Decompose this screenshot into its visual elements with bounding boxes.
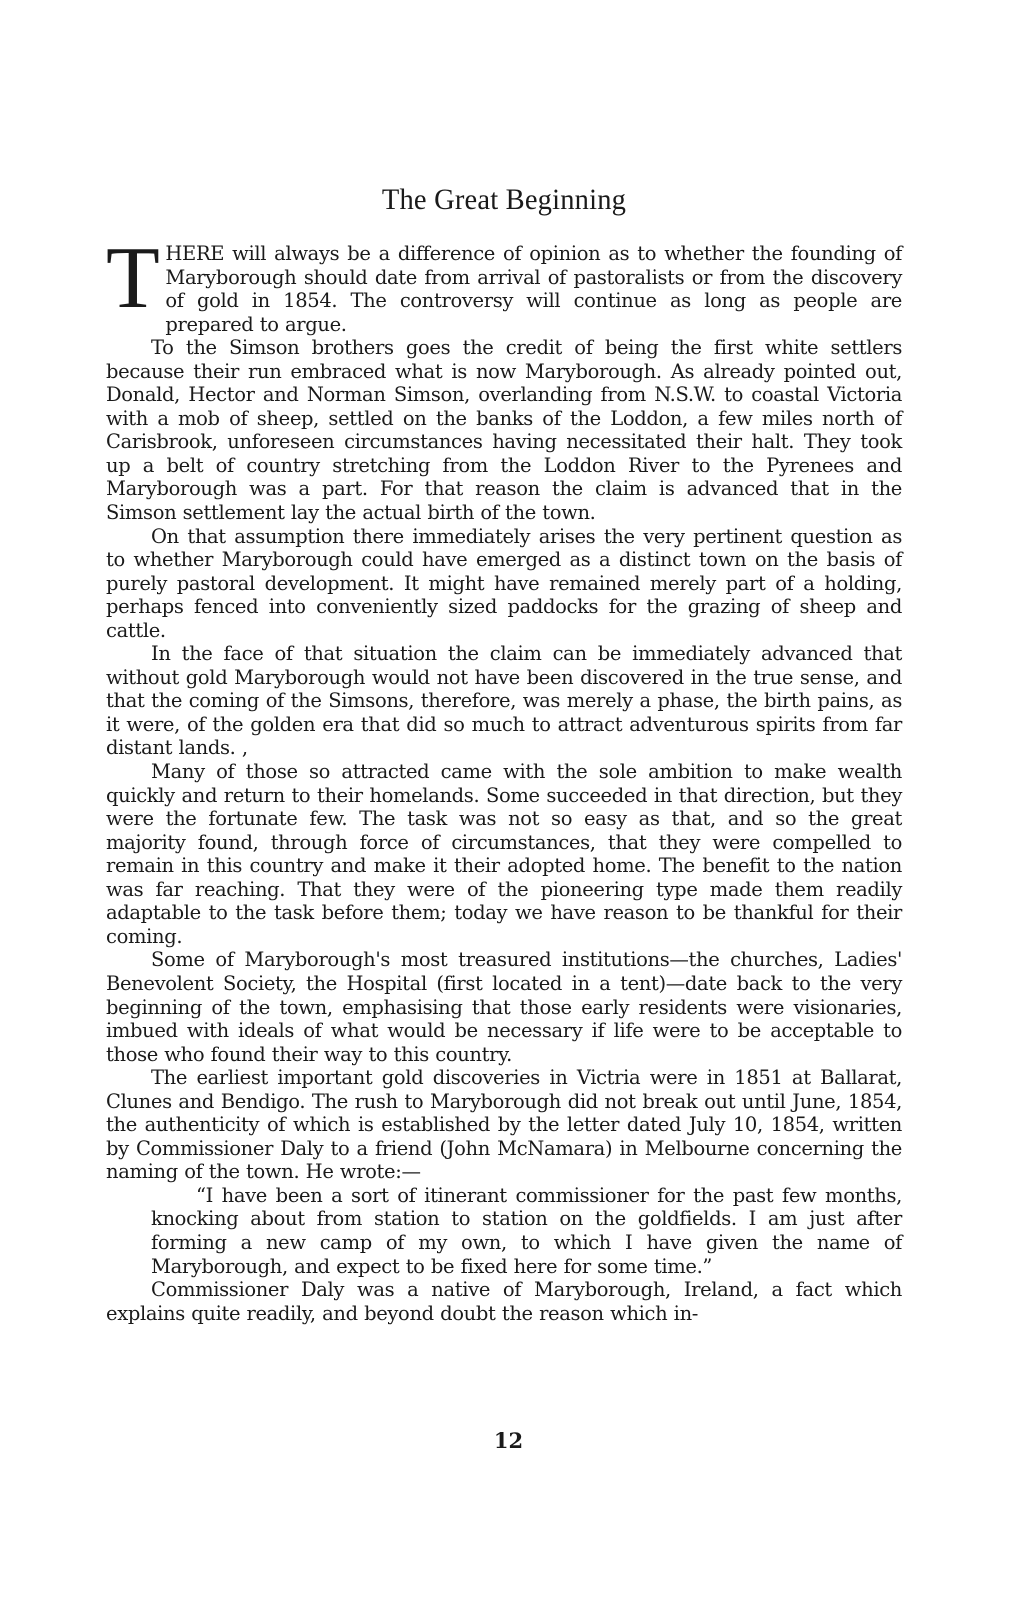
drop-cap: T [106, 244, 159, 314]
paragraph-1-text: HERE will always be a difference of opin… [165, 242, 902, 336]
paragraph-4: In the face of that situation the claim … [106, 642, 902, 760]
paragraph-5: Many of those so attracted came with the… [106, 760, 902, 948]
paragraph-3: On that assumption there immediately ari… [106, 525, 902, 643]
page-number: 12 [0, 1428, 1017, 1453]
paragraph-9: Commissioner Daly was a native of Marybo… [106, 1278, 902, 1325]
paragraph-1: THERE will always be a difference of opi… [106, 242, 902, 336]
paragraph-2: To the Simson brothers goes the credit o… [106, 336, 902, 524]
paragraph-6: Some of Maryborough's most treasured ins… [106, 948, 902, 1066]
quote-text: “I have been a sort of itinerant commiss… [151, 1184, 902, 1278]
body-text: THERE will always be a difference of opi… [106, 242, 902, 1325]
document-page: The Great Beginning THERE will always be… [106, 180, 902, 1325]
chapter-title: The Great Beginning [126, 180, 882, 220]
paragraph-7: The earliest important gold discoveries … [106, 1066, 902, 1184]
block-quote: “I have been a sort of itinerant commiss… [106, 1184, 902, 1278]
